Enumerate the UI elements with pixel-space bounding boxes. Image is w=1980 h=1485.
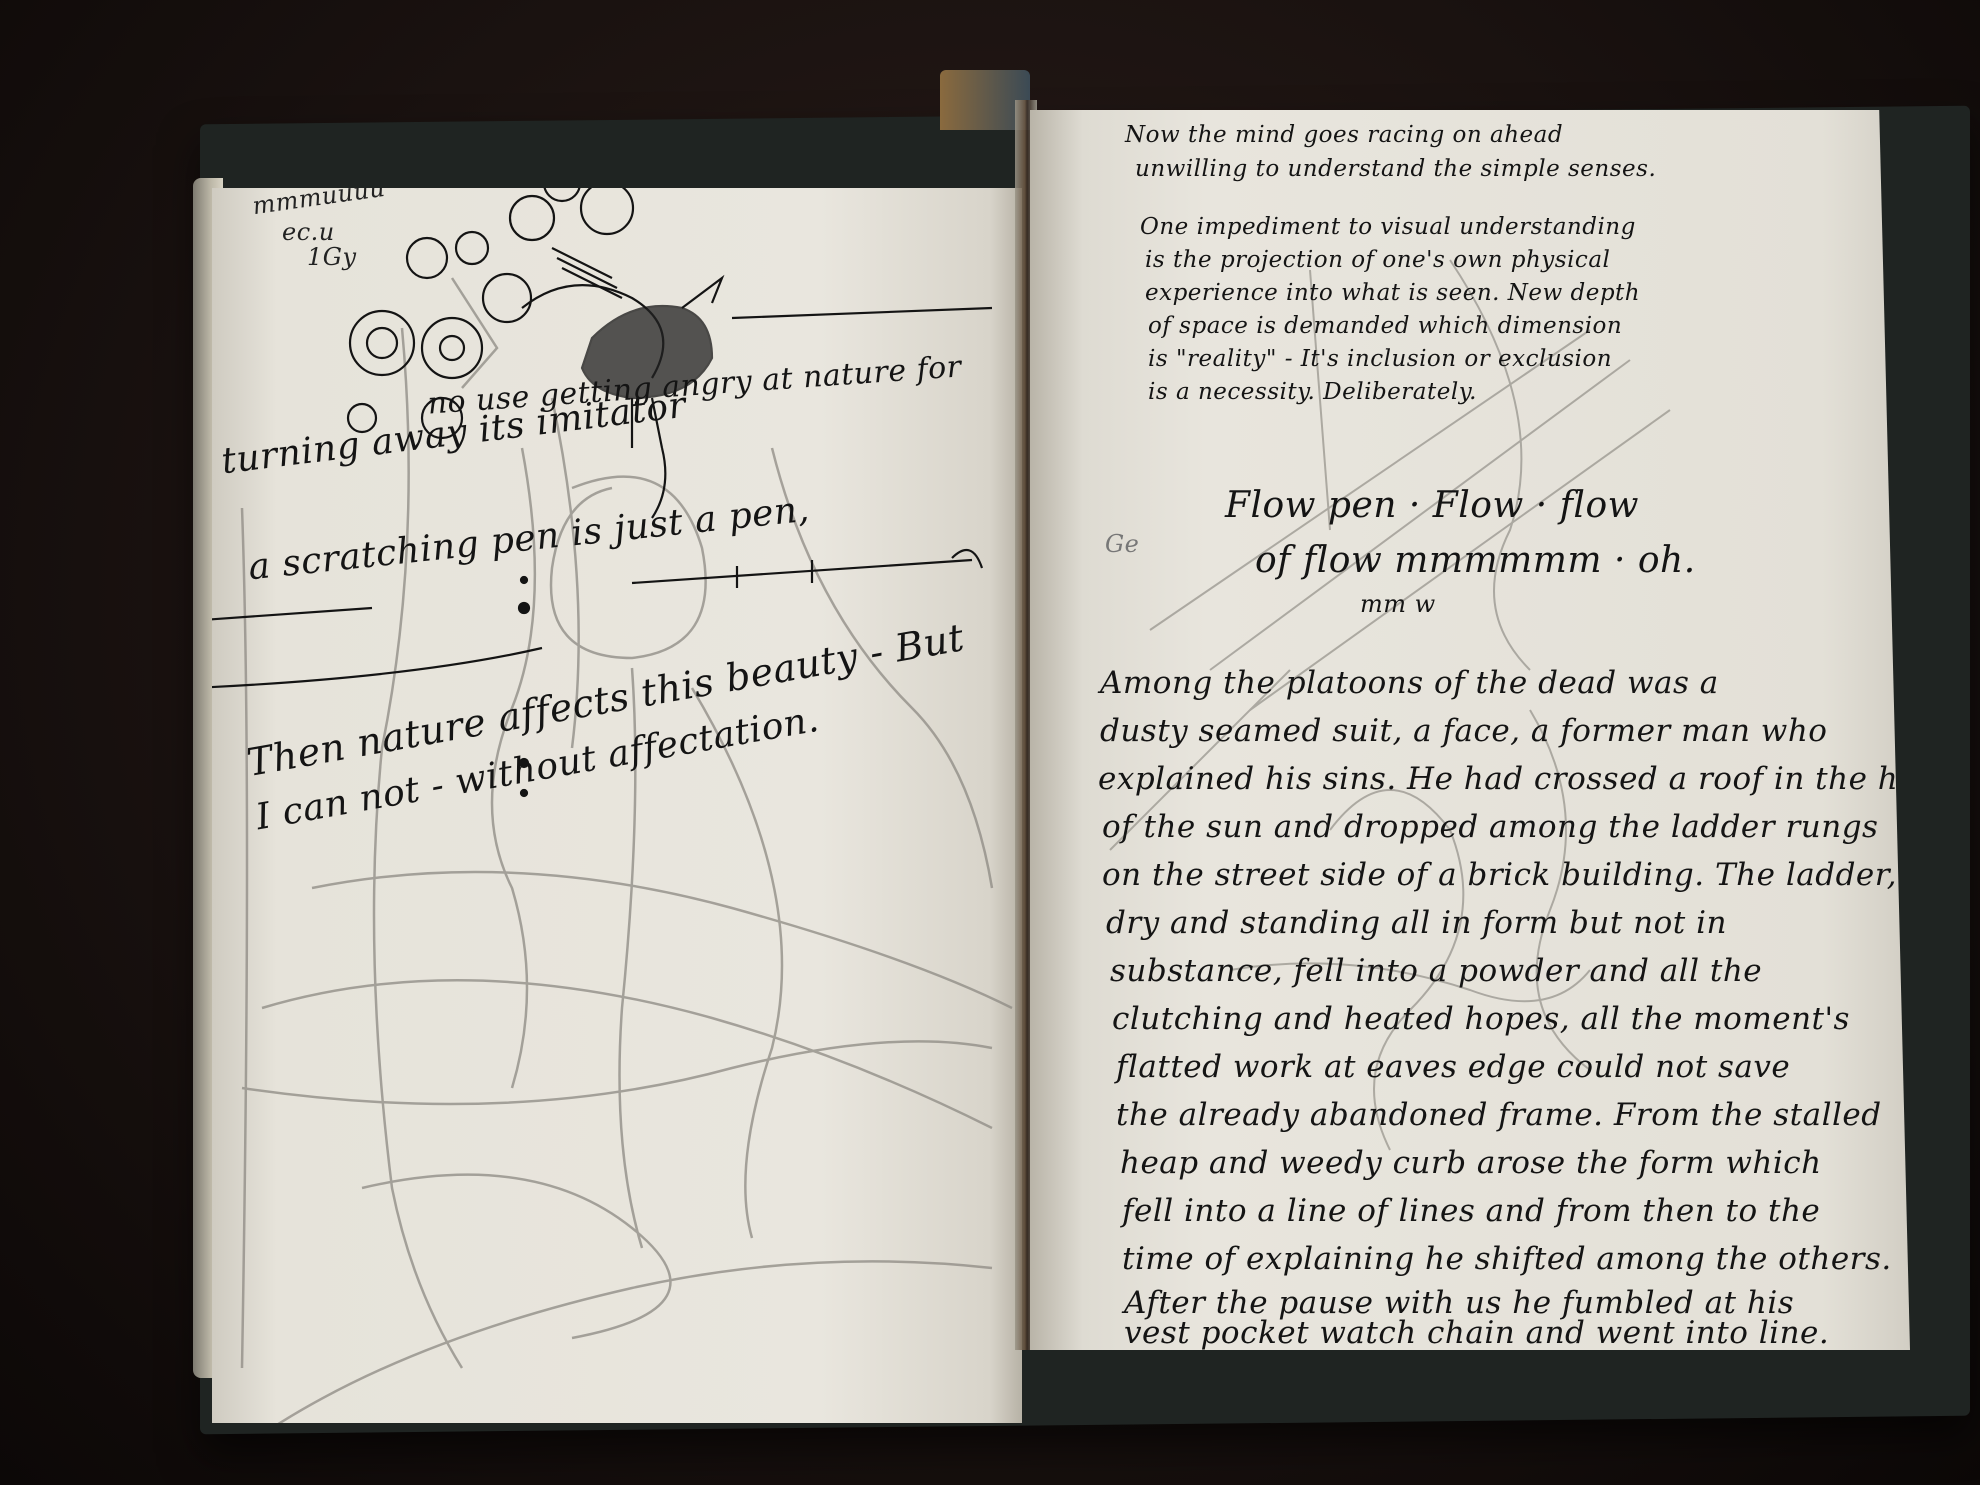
prose-line-11: heap and weedy curb arose the form which <box>1120 1145 1822 1181</box>
prose-line-3: explained his sins. He had crossed a roo… <box>1098 761 1910 797</box>
right-top-line-1: Now the mind goes racing on ahead <box>1125 118 1563 152</box>
right-top-line-5: experience into what is seen. New depth <box>1145 276 1640 310</box>
flow-line-2: of flow mmmmmm · oh. <box>1255 540 1696 581</box>
right-top-line-6: of space is demanded which dimension <box>1148 309 1622 343</box>
right-top-line-8: is a necessity. Deliberately. <box>1148 375 1477 409</box>
right-page: Now the mind goes racing on ahead unwill… <box>1030 110 1910 1350</box>
prose-line-10: the already abandoned frame. From the st… <box>1116 1097 1882 1133</box>
prose-line-15: vest pocket watch chain and went into li… <box>1124 1315 1829 1350</box>
prose-line-1: Among the platoons of the dead was a <box>1100 665 1719 701</box>
left-line-3: a scratching pen is just a pen, <box>246 489 811 589</box>
margin-mark: Ge <box>1105 530 1139 558</box>
right-top-line-4: is the projection of one's own physical <box>1145 243 1610 277</box>
prose-line-9: flatted work at eaves edge could not sav… <box>1116 1049 1790 1085</box>
scribble-mmm: mmmuuuu <box>251 188 387 220</box>
prose-line-8: clutching and heated hopes, all the mome… <box>1112 1001 1850 1037</box>
flow-line-1: Flow pen · Flow · flow <box>1225 485 1639 526</box>
right-top-line-7: is "reality" - It's inclusion or exclusi… <box>1148 342 1612 376</box>
scribble-ec: ec.u <box>282 218 335 246</box>
prose-line-7: substance, fell into a powder and all th… <box>1110 953 1762 989</box>
prose-line-5: on the street side of a brick building. … <box>1102 857 1897 893</box>
left-page: mmmuuuu ec.u 1Gy no use getting angry at… <box>212 188 1022 1423</box>
flow-tail: mm w <box>1360 590 1436 618</box>
notebook-photo: mmmuuuu ec.u 1Gy no use getting angry at… <box>0 0 1980 1485</box>
prose-line-12: fell into a line of lines and from then … <box>1122 1193 1820 1229</box>
prose-line-2: dusty seamed suit, a face, a former man … <box>1100 713 1827 749</box>
scribble-1gy: 1Gy <box>307 243 357 271</box>
prose-line-4: of the sun and dropped among the ladder … <box>1102 809 1878 845</box>
prose-line-13: time of explaining he shifted among the … <box>1122 1241 1892 1277</box>
right-top-line-2: unwilling to understand the simple sense… <box>1135 152 1656 186</box>
right-top-line-3: One impediment to visual understanding <box>1140 210 1636 244</box>
prose-line-6: dry and standing all in form but not in <box>1106 905 1727 941</box>
